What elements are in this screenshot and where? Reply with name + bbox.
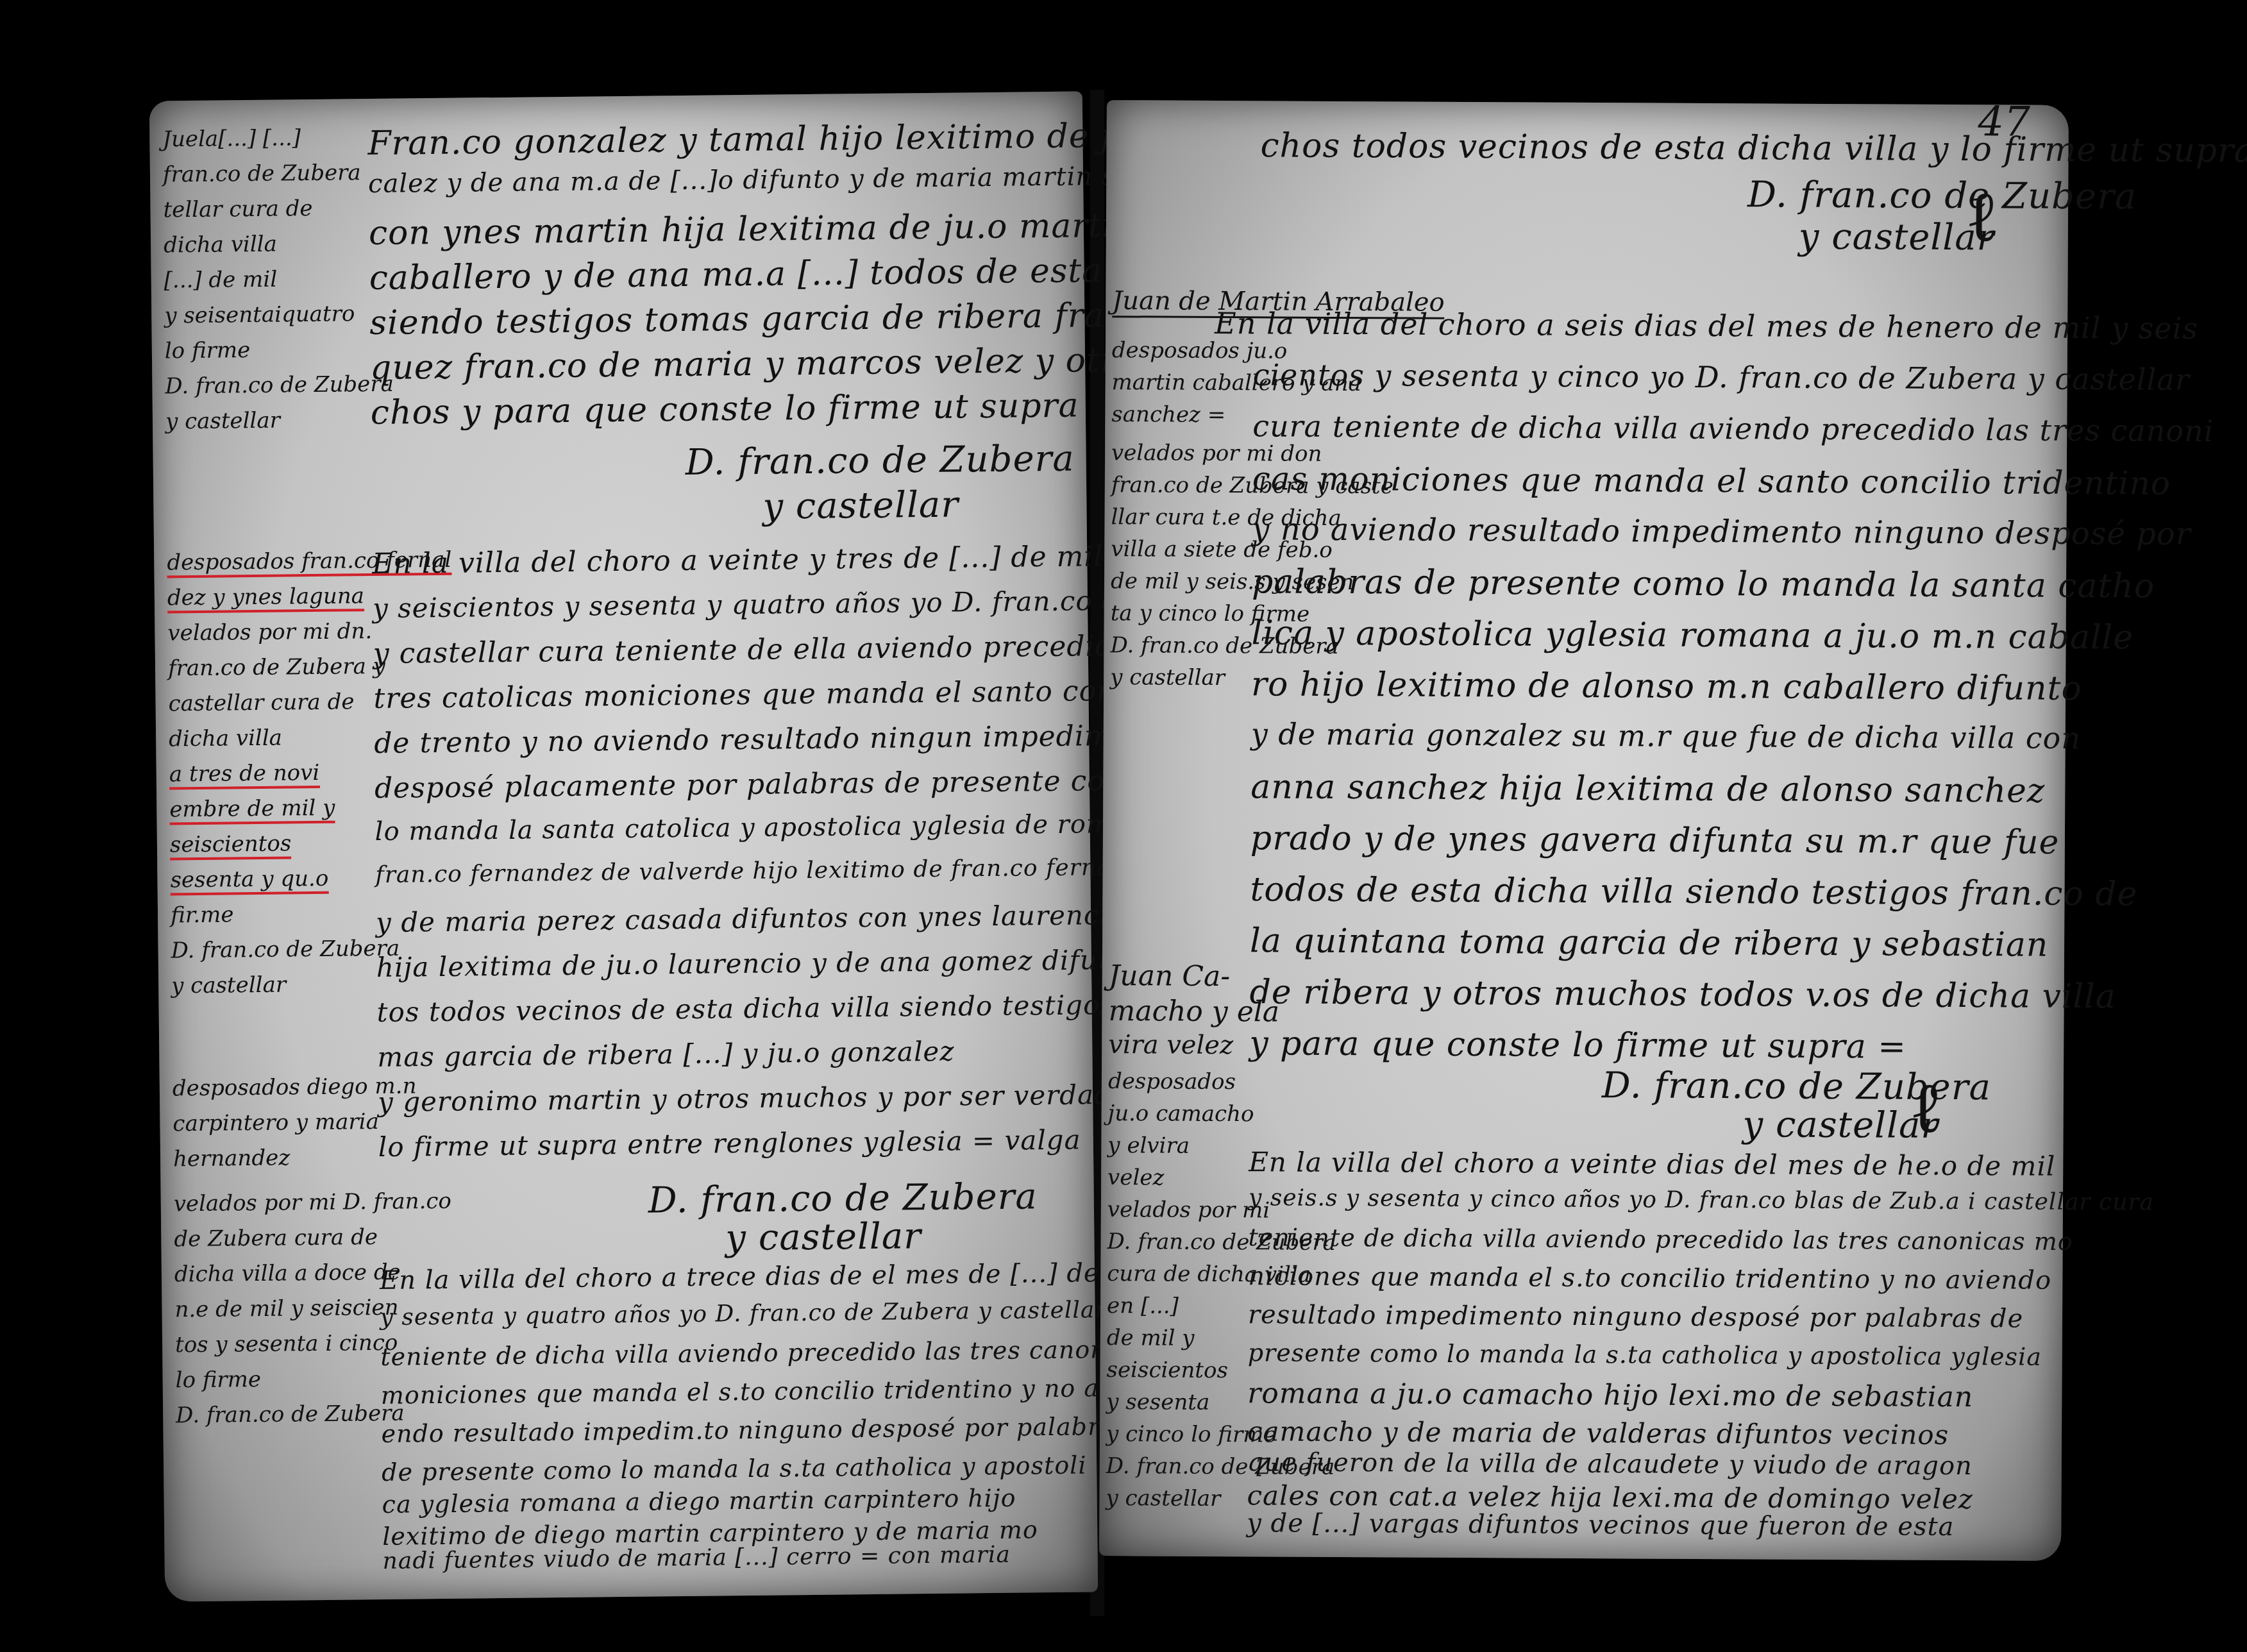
text-line: En la villa del choro a trece dias de el…: [380, 1257, 1220, 1295]
margin-note-underlined: dez y ynes laguna: [167, 583, 365, 613]
text-line: hija lexitima de ju.o laurencio y de ana…: [376, 944, 1116, 983]
text-line: romana a ju.o camacho hijo lexi.mo de se…: [1247, 1377, 1973, 1413]
rubric-flourish-icon: ℓ: [1909, 1066, 1943, 1149]
margin-note: y castellar: [171, 972, 286, 999]
signature: D. fran.co de Zubera: [685, 438, 1075, 484]
margin-note: castellar cura de: [168, 689, 354, 716]
text-line: la quintana toma garcia de ribera y seba…: [1250, 922, 2049, 965]
margin-note-underlined: sesenta y qu.o: [170, 866, 328, 896]
margin-note: seiscientos: [1106, 1357, 1228, 1383]
text-line: de presente como lo manda la s.ta cathol…: [382, 1451, 1087, 1487]
text-line: camacho y de maria de valderas difuntos …: [1247, 1415, 1949, 1451]
signature: D. fran.co de Zubera: [648, 1176, 1038, 1221]
text-line: y castellar cura teniente de ella aviend…: [373, 629, 1184, 670]
margin-note: dicha villa: [169, 725, 282, 752]
signature: D. fran.co de Zubera: [1747, 174, 2137, 217]
text-line: tres catolicas moniciones que manda el s…: [373, 674, 1179, 715]
text-line: y no aviendo resultado impedimento ningu…: [1252, 511, 2191, 552]
margin-note-underlined: embre de mil y: [169, 795, 335, 825]
margin-note: D. fran.co de Zubera: [171, 936, 400, 964]
margin-note-underlined: a tres de novi: [169, 760, 320, 789]
margin-note: y castellar: [165, 408, 280, 435]
text-line: chos y para que conste lo firme ut supra: [371, 387, 1079, 433]
margin-note: y seisentaiquatro: [164, 301, 355, 328]
margin-note: y sesenta: [1106, 1389, 1209, 1415]
text-line: de ribera y otros muchos todos v.os de d…: [1250, 973, 2116, 1016]
text-line: y sesenta y quatro años yo D. fran.co de…: [380, 1296, 1170, 1331]
text-line: teniente de dicha villa aviendo precedid…: [1249, 1223, 2073, 1256]
margin-note: desposados: [1108, 1068, 1236, 1095]
text-line: todos de esta dicha villa siendo testigo…: [1250, 870, 2137, 913]
text-line: lica y apostolica yglesia romana a ju.o …: [1251, 614, 2133, 657]
margin-note: lo firme: [165, 337, 251, 364]
margin-note: tellar cura de: [163, 196, 312, 223]
margin-note: velados por mi: [1107, 1197, 1270, 1223]
margin-note: de mil y: [1107, 1325, 1195, 1351]
margin-note: sanchez =: [1111, 401, 1225, 428]
margin-note: D. fran.co de Zubera: [176, 1401, 405, 1429]
text-line: mas garcia de ribera [...] y ju.o gonzal…: [377, 1036, 955, 1073]
text-line: lo manda la santa catolica y apostolica …: [374, 809, 1152, 847]
text-line: prado y de ynes gavera difunta su m.r qu…: [1250, 819, 2060, 862]
margin-note: lo firme: [175, 1367, 261, 1393]
text-line: desposé placamente por palabras de prese…: [374, 764, 1150, 805]
signature: y castellar: [762, 484, 959, 528]
rubric-flourish-icon: ℓ: [1965, 175, 1999, 258]
text-line: palabras de presente como lo manda la sa…: [1252, 562, 2155, 605]
text-line: cura teniente de dicha villa aviendo pre…: [1252, 409, 2214, 448]
margin-note: velados por mi dn.: [167, 618, 372, 646]
margin-note: tos y sesenta i cinco: [175, 1330, 398, 1358]
margin-note: velez: [1107, 1165, 1164, 1190]
margin-note: y castellar: [1106, 1485, 1220, 1512]
margin-note: ju.o camacho: [1108, 1100, 1254, 1127]
text-line: En la villa del choro a seis dias del me…: [1215, 306, 2198, 346]
margin-note: [...] de mil: [164, 267, 278, 294]
margin-note: velados por mi D. fran.co: [174, 1188, 452, 1217]
margin-note: Juela[...] [...]: [162, 125, 301, 152]
text-line: chos todos vecinos de esta dicha villa y…: [1260, 126, 2247, 170]
text-line: de trento y no aviendo resultado ningun …: [374, 719, 1177, 760]
text-line: anna sanchez hija lexitima de alonso san…: [1250, 768, 2045, 810]
text-line: y de [...] vargas difuntos vecinos que f…: [1247, 1508, 1954, 1542]
text-line: y para que conste lo firme ut supra =: [1249, 1024, 1906, 1066]
margin-note: dicha villa a doce de: [174, 1260, 401, 1288]
text-line: En la villa del choro a veinte dias del …: [1249, 1146, 2055, 1182]
margin-note: en [...]: [1107, 1293, 1179, 1319]
margin-note: dicha villa: [164, 232, 277, 258]
margin-note: n.e de mil y seiscien: [174, 1295, 398, 1323]
margin-note: hernandez: [173, 1145, 290, 1172]
text-line: ro hijo lexitimo de alonso m.n caballero…: [1251, 665, 2082, 708]
text-line: En la villa del choro a veinte y tres de…: [372, 540, 1104, 580]
text-line: y geronimo martin y otros muchos y por s…: [378, 1079, 1112, 1118]
margin-note: fran.co de Zubera: [163, 160, 361, 187]
margin-heading: vira velez: [1108, 1030, 1233, 1060]
text-line: que fueron de la villa de alcaudete y vi…: [1247, 1447, 1973, 1481]
text-line: tos todos vecinos de esta dicha villa si…: [376, 988, 1152, 1028]
signature: y castellar: [725, 1215, 922, 1259]
margin-note: carpintero y maria: [173, 1109, 379, 1136]
margin-note-underlined: seiscientos: [170, 830, 292, 860]
left-manuscript-page: Juela[...] [...] fran.co de Zubera tella…: [149, 91, 1098, 1601]
margin-note: y castellar: [1110, 664, 1225, 691]
text-line: y seis.s y sesenta y cinco años yo D. fr…: [1249, 1184, 2154, 1215]
right-manuscript-page: 47 chos todos vecinos de esta dicha vill…: [1099, 100, 2069, 1561]
text-line: con ynes martin hija lexitima de ju.o ma…: [369, 206, 1136, 253]
text-line: cientos y sesenta y cinco yo D. fran.co …: [1253, 357, 2190, 397]
margin-note: de Zubera cura de: [174, 1224, 378, 1252]
text-line: y de maria perez casada difuntos con yne…: [376, 899, 1125, 938]
margin-note: fran.co de Zubera y: [168, 653, 385, 682]
text-line: moniciones que manda el s.to concilio tr…: [381, 1374, 1122, 1410]
text-line: endo resultado impedim.to ninguno despos…: [381, 1412, 1128, 1448]
text-line: lo firme ut supra entre renglones yglesi…: [378, 1124, 1081, 1163]
text-line: cas moniciones que manda el santo concil…: [1252, 460, 2171, 501]
text-line: resultado impedimento ninguno desposé po…: [1248, 1300, 2023, 1333]
text-line: teniente de dicha villa aviendo precedid…: [380, 1335, 1157, 1371]
margin-note: fir.me: [171, 902, 234, 928]
margin-note: D. fran.co de Zubera: [165, 371, 394, 400]
text-line: presente como lo manda la s.ta catholica…: [1248, 1338, 2042, 1370]
text-line: y de maria gonzalez su m.r que fue de di…: [1251, 716, 2081, 755]
text-line: ca yglesia romana a diego martin carpint…: [382, 1484, 1016, 1519]
margin-heading: Juan Ca-: [1109, 959, 1231, 993]
text-line: niciones que manda el s.to concilio trid…: [1248, 1261, 2051, 1295]
margin-note: y elvira: [1107, 1133, 1190, 1159]
